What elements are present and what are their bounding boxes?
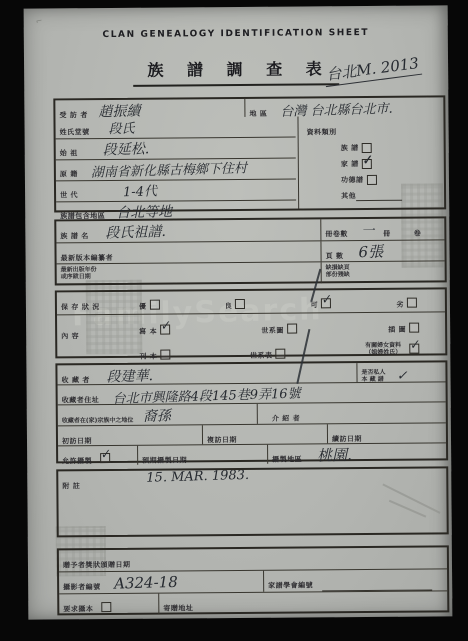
mail-address-label: 寄贈地址	[163, 604, 193, 612]
gongdepu-checkbox	[366, 175, 376, 185]
volumes-value: 一	[361, 225, 374, 238]
copy-request-label: 要求攝本	[63, 605, 93, 613]
genealogy-name-value: 段氏祖譜.	[106, 226, 167, 241]
volume-unit2: 卷	[414, 230, 422, 238]
genealogy-name-label: 族 譜 名	[60, 232, 88, 240]
data-category-panel: 資料類別 族 譜 家 譜 功德譜 其他	[297, 115, 444, 208]
content-label: 內 容	[61, 332, 79, 340]
cond-lie-label: 劣	[396, 301, 404, 309]
society-number-label: 家譜學會編號	[268, 581, 313, 589]
cond-liang-label: 良	[225, 302, 233, 310]
society-number-line	[322, 580, 432, 591]
film-date-label: 預期攝製日期	[142, 456, 187, 464]
introducer-label: 介 紹 者	[272, 415, 300, 423]
category-zupu-label: 族 譜	[341, 144, 359, 152]
cond-lie-checkbox	[407, 297, 417, 307]
film-area-label: 攝製地區	[272, 455, 302, 463]
photographer-number-value: A324-18	[114, 576, 178, 591]
first-visit-label: 初訪日期	[62, 437, 92, 445]
surname-value: 段氏	[108, 123, 134, 137]
paper-sheet: FamilySearch ⌐ CLAN GENEALOGY IDENTIFICA…	[24, 5, 453, 619]
category-jiapu-label: 家 譜	[341, 160, 359, 168]
cond-ke-checkbox	[321, 298, 331, 308]
illustrations-checkbox	[409, 322, 419, 332]
volumes-label: 冊卷數	[325, 230, 348, 238]
first-ancestor-value: 段延松.	[103, 143, 150, 157]
owner-position-label: 收藏者在(家)宗族中之地位	[62, 417, 134, 425]
pencil-mark: ⌐	[35, 16, 43, 26]
block-owner-filming: 收 藏 者 段建華. 是否私人 本 藏 譜 ✓ 收藏者住址 台北市興隆路4段14…	[55, 360, 448, 463]
cond-you-label: 優	[139, 303, 147, 311]
award-date-label: 贈予者獎狀頒贈日期	[63, 561, 131, 570]
scanned-genealogy-sheet: FamilySearch ⌐ CLAN GENEALOGY IDENTIFICA…	[0, 0, 468, 641]
cond-liang-checkbox	[235, 298, 245, 308]
block-condition-content: 保 存 狀 況 優 良 可 劣 內 容 寫 本 世系圖 插	[55, 287, 448, 358]
origin-label: 原 籍	[60, 170, 78, 178]
block1-left-rows: 姓氏堂號 段氏 始 祖 段延松. 原 籍 湖南省新化縣古梅鄉下住村 世 代 1-…	[55, 117, 296, 211]
form-title: 族 譜 調 查 表	[133, 56, 339, 87]
pages-label: 頁 數	[326, 252, 344, 260]
missing-pages-label-line2: 部份殘缺	[326, 271, 441, 279]
photographer-number-label: 攝影者編號	[63, 583, 101, 591]
printed-label: 刊 本	[139, 353, 157, 361]
illustrations-label: 插 圖	[388, 326, 406, 334]
condition-label: 保 存 狀 況	[61, 303, 100, 311]
women-data-label-line2: （媳婦姓氏）	[365, 348, 401, 355]
private-copy-label-line1: 是否私人	[361, 368, 385, 375]
generations-value: 1-4代	[123, 185, 157, 199]
private-copy-label-line2: 本 藏 譜	[361, 375, 385, 382]
women-data-checkbox	[409, 343, 419, 353]
copy-request-checkbox	[101, 602, 111, 612]
permission-label: 允許攝製	[62, 457, 92, 465]
permission-checkbox	[100, 453, 110, 463]
other-line	[356, 191, 402, 201]
manuscript-label: 寫 本	[139, 328, 157, 336]
private-copy-checkmark: ✓	[397, 369, 408, 384]
manuscript-checkbox	[160, 324, 170, 334]
cond-you-checkbox	[149, 299, 159, 309]
owner-value: 段建華.	[107, 370, 154, 384]
film-area-value: 桃園.	[317, 448, 352, 462]
category-title: 資料類別	[307, 128, 337, 136]
second-visit-label: 複訪日期	[207, 436, 237, 444]
pub-year-label-line2: 或序跋日期	[61, 272, 317, 281]
block-source-info: 受 訪 者 趙振續 地 區 台灣 台北縣台北市. 姓氏堂號 段氏 始 祖 段延松…	[53, 95, 446, 212]
category-gongdepu-label: 功德譜	[341, 176, 364, 184]
lineage-table-checkbox	[275, 348, 285, 358]
cond-ke-label: 可	[311, 301, 319, 309]
surname-label: 姓氏堂號	[60, 128, 90, 136]
owner-position-value: 裔孫	[142, 411, 170, 425]
owner-label: 收 藏 者	[61, 376, 89, 384]
compiler-label: 最新版本編纂者	[61, 254, 114, 262]
generations-label: 世 代	[60, 191, 78, 199]
printed-checkbox	[160, 349, 170, 359]
followup-visit-label: 續訪日期	[332, 435, 362, 443]
category-other-label: 其他	[341, 192, 356, 200]
owner-address-label: 收藏者住址	[62, 396, 100, 404]
notes-label: 附 註	[62, 482, 80, 490]
english-title: CLAN GENEALOGY IDENTIFICATION SHEET	[24, 27, 448, 40]
block-numbering: 贈予者獎狀頒贈日期 攝影者編號 A324-18 家譜學會編號 要求攝本	[57, 545, 450, 615]
block-volume-info: 族 譜 名 段氏祖譜. 冊卷數 一 冊 卷 最新版本編纂者 頁 數 6張	[54, 216, 447, 285]
pages-value: 6張	[358, 245, 383, 259]
lineage-chart-checkbox	[287, 323, 297, 333]
women-data-label-line1: 有關婦女資料	[365, 341, 401, 348]
jiapu-checkbox	[362, 159, 372, 169]
first-ancestor-label: 始 祖	[60, 149, 78, 157]
origin-value: 湖南省新化縣古梅鄉下住村	[91, 162, 247, 179]
lineage-chart-label: 世系圖	[261, 327, 284, 335]
volume-unit1: 冊	[383, 230, 391, 238]
lineage-table-label: 世系表	[250, 352, 273, 360]
